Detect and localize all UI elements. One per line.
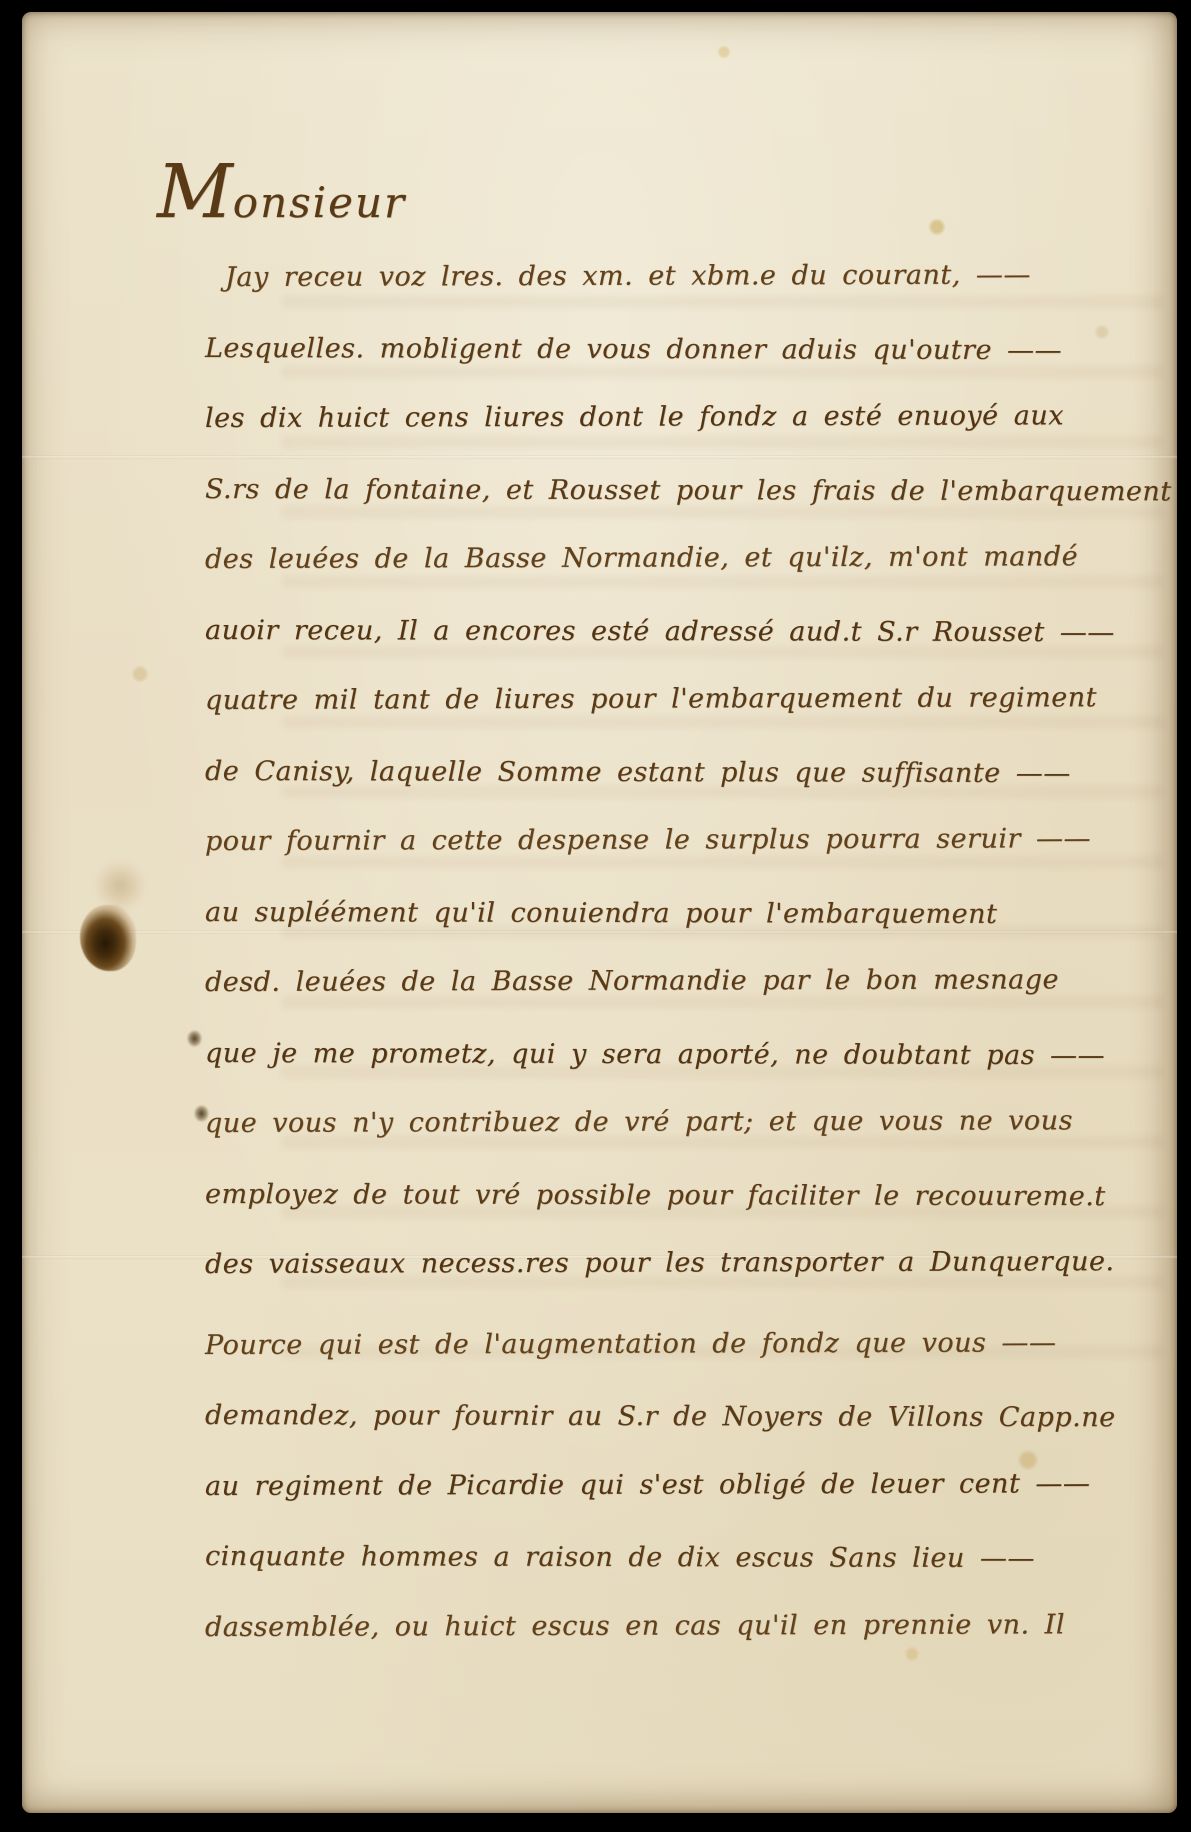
paragraph-2: Pource qui est de l'augmentation de fond…	[205, 1311, 1185, 1664]
letter-line: les dix huict cens liures dont le fondz …	[205, 381, 1185, 455]
letter-line: au supléément qu'il conuiendra pour l'em…	[205, 878, 1185, 951]
letter-line: desd. leuées de la Basse Normandie par l…	[205, 945, 1185, 1019]
letter-body: Monsieur Jay receu voz lres. des xm. et …	[205, 152, 1185, 1663]
letter-line: que je me prometz, qui y sera aporté, ne…	[205, 1019, 1185, 1092]
letter-line: Lesquelles. mobligent de vous donner adu…	[205, 314, 1185, 387]
letter-line: cinquante hommes a raison de dix escus S…	[205, 1522, 1185, 1595]
margin-mark	[187, 1030, 202, 1047]
letter-line: demandez, pour fournir au S.r de Noyers …	[205, 1381, 1185, 1454]
letter-line: employez de tout vré possible pour facil…	[205, 1160, 1185, 1233]
photograph-background: Monsieur Jay receu voz lres. des xm. et …	[0, 0, 1191, 1832]
ink-blot	[80, 905, 136, 971]
letter-line: de Canisy, laquelle Somme estant plus qu…	[205, 737, 1185, 810]
ink-stain-halo	[94, 860, 146, 912]
letter-line: au regiment de Picardie qui s'est obligé…	[205, 1448, 1185, 1522]
letter-line: Jay receu voz lres. des xm. et xbm.e du …	[225, 240, 1185, 314]
letter-line: quatre mil tant de liures pour l'embarqu…	[205, 663, 1185, 737]
salutation: Monsieur	[157, 152, 1185, 243]
letter-line: Pource qui est de l'augmentation de fond…	[205, 1307, 1185, 1381]
letter-line: auoir receu, Il a encores esté adressé a…	[205, 596, 1185, 669]
letter-line: que vous n'y contribuez de vré part; et …	[205, 1086, 1185, 1160]
letter-line: dassemblée, ou huict escus en cas qu'il …	[205, 1589, 1185, 1663]
letter-line: S.rs de la fontaine, et Rousset pour les…	[205, 455, 1185, 528]
letter-line: des vaisseaux necess.res pour les transp…	[205, 1227, 1185, 1301]
manuscript-page: Monsieur Jay receu voz lres. des xm. et …	[22, 12, 1177, 1813]
paragraph-1: Jay receu voz lres. des xm. et xbm.e du …	[205, 243, 1185, 1301]
letter-line: pour fournir a cette despense le surplus…	[205, 804, 1185, 878]
letter-line: des leuées de la Basse Normandie, et qu'…	[205, 522, 1185, 596]
